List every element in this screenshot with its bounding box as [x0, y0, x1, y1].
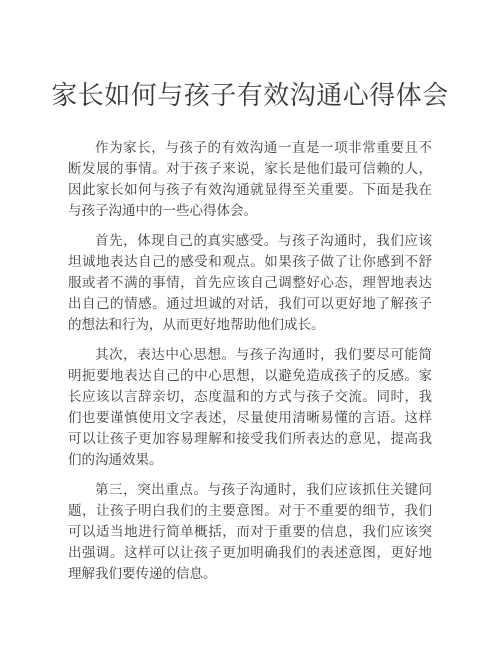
- document-body: 作为家长，与孩子的有效沟通一直是一项非常重要且不断发展的事情。对于孩子来说，家长…: [68, 137, 432, 584]
- paragraph-second-point: 其次，表达中心思想。与孩子沟通时，我们要尽可能简明扼要地表达自己的中心思想，以避…: [68, 344, 432, 470]
- document-title: 家长如何与孩子有效沟通心得体会: [0, 80, 500, 112]
- paragraph-intro: 作为家长，与孩子的有效沟通一直是一项非常重要且不断发展的事情。对于孩子来说，家长…: [68, 137, 432, 221]
- paragraph-first-point: 首先，体现自己的真实感受。与孩子沟通时，我们应该坦诚地表达自己的感受和观点。如果…: [68, 230, 432, 335]
- document-page: 家长如何与孩子有效沟通心得体会 作为家长，与孩子的有效沟通一直是一项非常重要且不…: [0, 0, 500, 647]
- paragraph-third-point: 第三，突出重点。与孩子沟通时，我们应该抓住关键问题，让孩子明白我们的主要意图。对…: [68, 479, 432, 584]
